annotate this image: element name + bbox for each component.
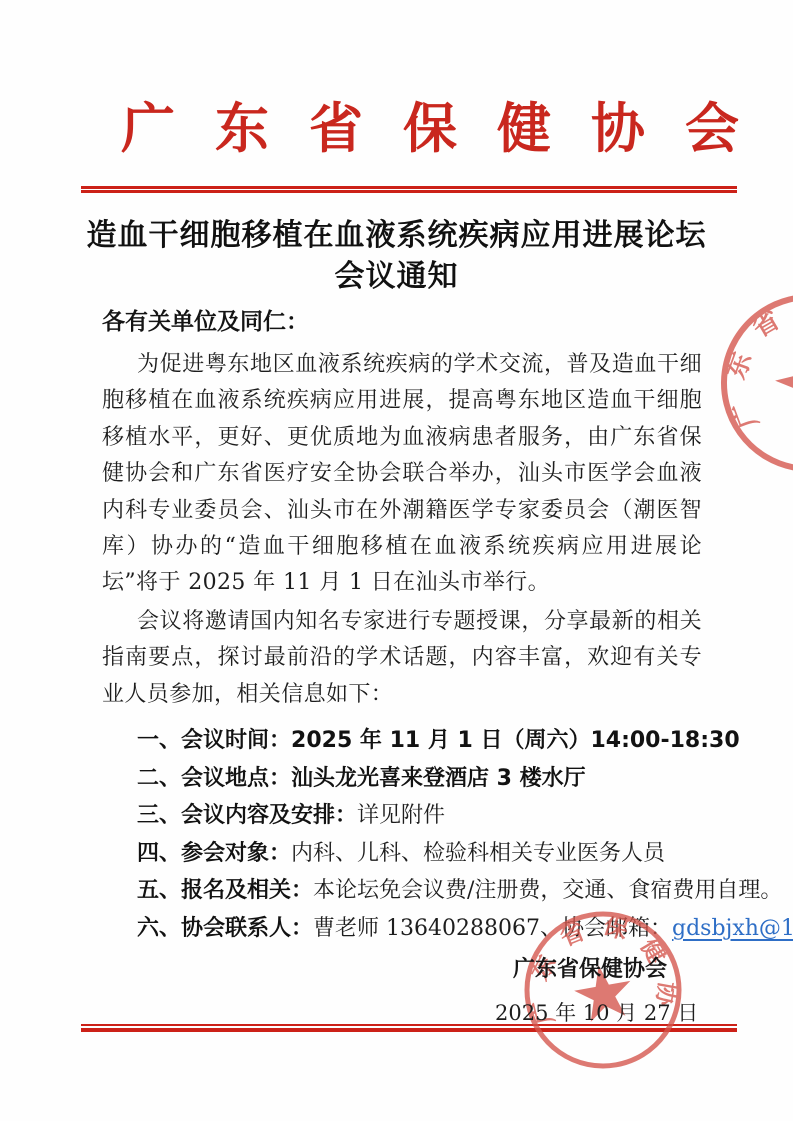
item-label: 五、报名及相关： (137, 878, 313, 903)
item-value: 内科、儿科、检验科相关专业医务人员 (291, 841, 665, 866)
paragraph-invitation: 会议将邀请国内知名专家进行专题授课，分享最新的相关指南要点，探讨最前沿的学术话题… (102, 604, 702, 713)
document-title-line2: 会议通知 (0, 256, 793, 297)
item-value: 详见附件 (357, 803, 445, 828)
item-label: 一、会议时间： (137, 728, 291, 753)
list-item-venue: 二、会议地点：汕头龙光喜来登酒店 3 楼水厅 (137, 760, 702, 798)
document-page: 广东省保健协会 造血干细胞移植在血液系统疾病应用进展论坛 会议通知 各有关单位及… (0, 0, 793, 1121)
paragraph-intro: 为促进粤东地区血液系统疾病的学术交流，普及造血干细胞移植在血液系统疾病应用进展，… (102, 347, 702, 602)
item-label: 三、会议内容及安排： (137, 803, 357, 828)
signature-block: 广东省保健协会 2025 年 10 月 27 日 (495, 952, 685, 1027)
letterhead-divider (81, 186, 737, 193)
item-label: 四、参会对象： (137, 841, 291, 866)
item-value: 本论坛免会议费/注册费，交通、食宿费用自理。 (313, 878, 782, 903)
list-item-time: 一、会议时间：2025 年 11 月 1 日（周六）14:00-18:30 (137, 722, 702, 760)
document-title: 造血干细胞移植在血液系统疾病应用进展论坛 会议通知 (0, 215, 793, 297)
document-title-line1: 造血干细胞移植在血液系统疾病应用进展论坛 (0, 215, 793, 256)
document-body: 各有关单位及同仁： 为促进粤东地区血液系统疾病的学术交流，普及造血干细胞移植在血… (102, 307, 702, 948)
list-item-agenda: 三、会议内容及安排：详见附件 (137, 797, 702, 835)
list-item-audience: 四、参会对象：内科、儿科、检验科相关专业医务人员 (137, 835, 702, 873)
contact-email-link[interactable]: gdsbjxh@163.com (672, 916, 793, 941)
item-label: 六、协会联系人： (137, 916, 313, 941)
item-value: 2025 年 11 月 1 日（周六）14:00-18:30 (291, 728, 740, 753)
item-label: 二、会议地点： (137, 766, 291, 791)
signature-date: 2025 年 10 月 27 日 (495, 997, 685, 1027)
signature-org: 广东省保健协会 (495, 952, 685, 983)
partial-seal-stamp: 广东省保健协会 (720, 288, 793, 488)
salutation: 各有关单位及同仁： (102, 307, 702, 337)
item-value: 汕头龙光喜来登酒店 3 楼水厅 (291, 766, 586, 791)
seal-star-icon (769, 341, 793, 419)
letterhead-org-name: 广东省保健协会 (81, 94, 737, 162)
